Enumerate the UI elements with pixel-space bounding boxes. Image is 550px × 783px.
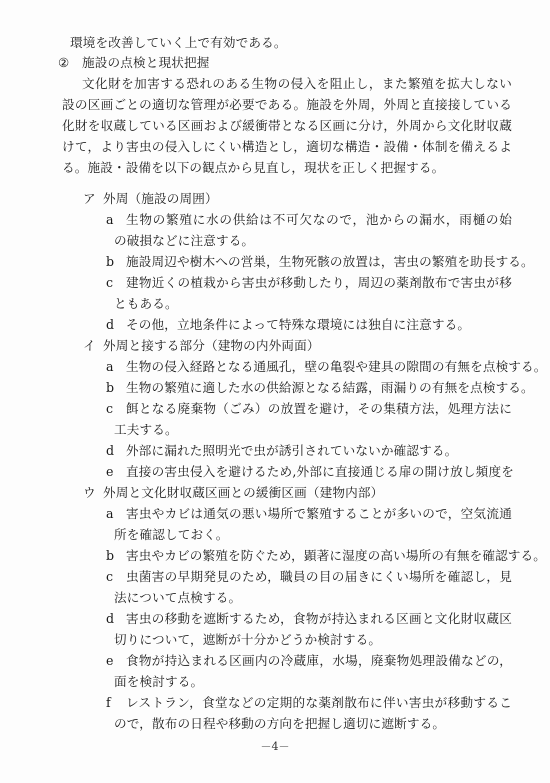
item-line: 工夫する。 <box>114 422 178 438</box>
item-line: 所を確認しておく。 <box>114 527 228 543</box>
subsection-marker: イ <box>83 338 96 354</box>
intro-tail-text: 環境を改善していく上で有効である。 <box>70 35 287 51</box>
paragraph-line: 設の区画ごとの適切な管理が必要である。施設を外周，外周と直接接している区画，文 <box>62 97 512 113</box>
section-title: 施設の点検と現状把握 <box>82 55 209 71</box>
page-number: －4－ <box>0 738 550 754</box>
item-line: 施設周辺や樹木への営巣，生物死骸の放置は，害虫の繁殖を助長する。 <box>126 254 534 270</box>
item-marker: b <box>106 254 114 270</box>
item-line: その他，立地条件によって特殊な環境には独自に注意する。 <box>126 317 470 333</box>
item-line: 生物の繁殖に水の供給は不可欠なので，池からの漏水，雨樋の始末，排水管 <box>126 212 512 228</box>
item-line: 法について点検する。 <box>114 590 241 606</box>
subsection-title: 外周（施設の周囲） <box>103 191 218 207</box>
item-line: 虫菌害の早期発見のため，職員の目の届きにくい場所を確認し，見回りの方 <box>126 569 512 585</box>
item-line: 直接の害虫侵入を避けるため,外部に直接通じる扉の開け放し頻度を調べる。 <box>126 464 514 480</box>
section-number: ② <box>58 55 69 71</box>
item-marker: d <box>106 317 114 333</box>
item-line: 外部に漏れた照明光で虫が誘引されていないか確認する。 <box>126 443 457 459</box>
item-line: 生物の繁殖に適した水の供給源となる結露，雨漏りの有無を点検する。 <box>126 380 534 396</box>
item-marker: c <box>106 569 113 585</box>
item-line: 生物の侵入経路となる通風孔，壁の亀裂や建具の隙間の有無を点検する。 <box>126 359 547 375</box>
item-line: 餌となる廃棄物（ごみ）の放置を避け，その集積方法，処理方法についても <box>126 401 512 417</box>
item-marker: e <box>106 653 113 669</box>
item-line: ので，散布の日程や移動の方向を把握し適切に遮断する。 <box>114 716 445 732</box>
item-line: ともある。 <box>114 296 178 312</box>
paragraph-line: る。施設・設備を以下の観点から見直し，現状を正しく把握する。 <box>62 160 444 176</box>
item-marker: b <box>106 548 114 564</box>
item-marker: a <box>106 359 114 375</box>
item-marker: b <box>106 380 114 396</box>
item-marker: c <box>106 401 113 417</box>
item-line: 建物近くの植栽から害虫が移動したり，周辺の薬剤散布で害虫が移動するこ <box>126 275 512 291</box>
item-marker: a <box>106 506 114 522</box>
item-marker: d <box>106 443 114 459</box>
item-marker: e <box>106 464 113 480</box>
paragraph-line: 文化財を加害する恐れのある生物の侵入を阻止し，また繁殖を拡大しないために，施 <box>82 76 512 92</box>
item-marker: a <box>106 212 114 228</box>
item-marker: f <box>106 695 111 711</box>
item-line: 害虫の移動を遮断するため，食物が持込まれる区画と文化財収蔵区画との区 <box>126 611 512 627</box>
paragraph-line: 化財を収蔵している区画および緩衝帯となる区画に分け，外周から文化財収蔵区画に向 <box>62 118 512 134</box>
item-line: 切りについて，遮断が十分かどうか検討する。 <box>114 632 381 648</box>
item-line: 害虫やカビは通気の悪い場所で繁殖することが多いので，空気流通の悪い場 <box>126 506 512 522</box>
paragraph-line: けて，より害虫の侵入しにくい構造とし，適切な構造・設備・体制を備えるよう計画す <box>62 139 512 155</box>
subsection-title: 外周と接する部分（建物の内外両面） <box>103 338 320 354</box>
item-marker: c <box>106 275 113 291</box>
item-line: 面を検討する。 <box>114 674 203 690</box>
item-marker: d <box>106 611 114 627</box>
subsection-marker: ア <box>83 191 96 207</box>
item-line: レストラン，食堂などの定期的な薬剤散布に伴い害虫が移動することもある <box>126 695 512 711</box>
subsection-title: 外周と文化財収蔵区画との緩衝区画（建物内部） <box>103 485 383 501</box>
item-line: 害虫やカビの繁殖を防ぐため，顕著に湿度の高い場所の有無を確認する。 <box>126 548 546 564</box>
document-page: 環境を改善していく上で有効である。 ② 施設の点検と現状把握 文化財を加害する恐… <box>0 0 550 783</box>
item-line: 食物が持込まれる区画内の冷蔵庫，水場，廃棄物処理設備などの，衛生管理 <box>126 653 512 669</box>
item-line: の破損などに注意する。 <box>114 233 254 249</box>
subsection-marker: ウ <box>83 485 96 501</box>
